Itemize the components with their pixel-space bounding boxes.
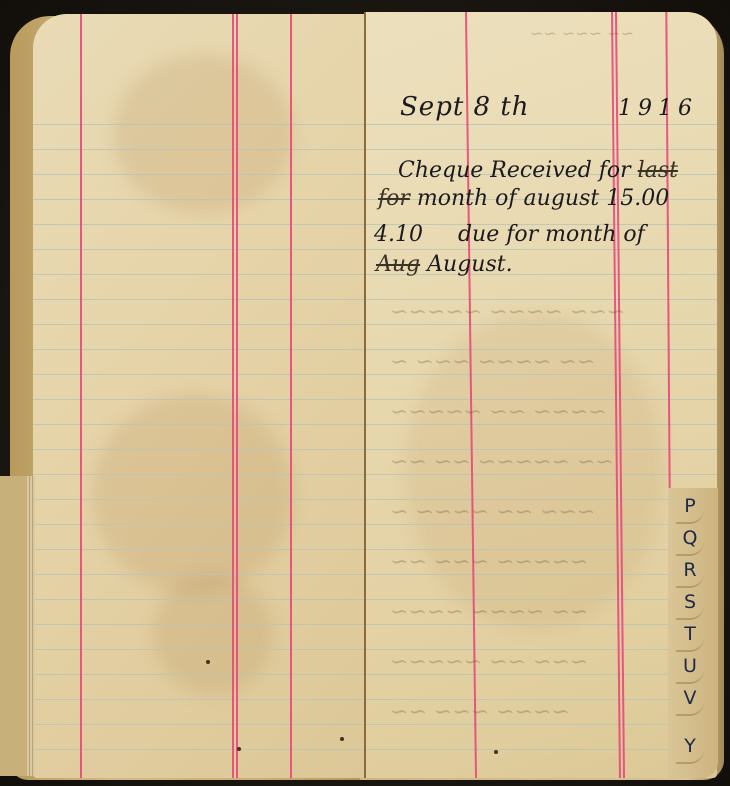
margin-line (80, 14, 82, 778)
rule-line (365, 249, 717, 250)
index-tab-r[interactable]: R (676, 554, 704, 588)
rule-line (33, 324, 365, 325)
rule-line (33, 524, 365, 525)
index-tab-p[interactable]: P (676, 490, 704, 524)
bleed-through-text: ~~ ~~~~ ~~~~ (390, 600, 588, 625)
rule-line (365, 749, 717, 750)
bleed-through-text: ~~~ ~~ ~~~~ ~ (390, 500, 595, 525)
ink-speck (340, 737, 344, 741)
amount-due: 4.10 (374, 222, 423, 247)
struck-word: Aug (376, 252, 420, 277)
water-stain (113, 54, 293, 214)
index-tab-v[interactable]: V (676, 682, 704, 716)
struck-word: for (378, 186, 410, 211)
rule-line (33, 399, 365, 400)
index-tab-y[interactable]: Y (676, 730, 704, 764)
margin-line (290, 14, 292, 778)
rule-line (365, 149, 717, 150)
ink-speck (206, 660, 210, 664)
bleed-through-text: ~~ ~~~~~ ~~ ~~ (390, 450, 614, 475)
left-page-edges (27, 476, 35, 776)
rule-line (33, 149, 365, 150)
water-stain (153, 574, 273, 694)
rule-line (33, 499, 365, 500)
rule-line (33, 599, 365, 600)
bleed-through-text: ~~~ ~~~~ ~~~~~ (390, 300, 625, 325)
rule-line (33, 199, 365, 200)
rule-line (33, 699, 365, 700)
entry-line-3: 4.10 due for month of (374, 222, 645, 247)
rule-line (33, 424, 365, 425)
index-tab-q[interactable]: Q (676, 522, 704, 556)
amount-received: 15.00 (606, 186, 669, 211)
ink-speck (494, 750, 498, 754)
rule-line (33, 449, 365, 450)
rule-line (33, 649, 365, 650)
left-page (33, 14, 365, 778)
ink-speck (237, 747, 241, 751)
rule-line (33, 274, 365, 275)
rule-line (33, 224, 365, 225)
bleed-through-text: ~~ ~~~~ ~~~ ~ (390, 350, 595, 375)
rule-line (33, 349, 365, 350)
rule-line (33, 474, 365, 475)
rule-line (33, 749, 365, 750)
rule-line (33, 624, 365, 625)
entry-line-1-text: Cheque Received for (398, 158, 638, 183)
rule-line (33, 574, 365, 575)
entry-line-2: for month of august 15.00 (378, 186, 669, 211)
bleed-through-text: ~~~~~ ~~~ ~~ (390, 550, 588, 575)
rule-line (33, 249, 365, 250)
margin-line (236, 14, 238, 778)
index-tab-u[interactable]: U (676, 650, 704, 684)
bleed-through-text: ~~~~ ~~~ ~~ (390, 700, 570, 725)
rule-line (365, 124, 717, 125)
rule-line (33, 674, 365, 675)
rule-line (33, 174, 365, 175)
margin-line (232, 14, 234, 778)
entry-line-1: Cheque Received for last (398, 158, 678, 183)
index-tab-s[interactable]: S (676, 586, 704, 620)
bleed-through-text: ~~ ~~~ ~~ (530, 24, 634, 43)
spine-gutter (364, 12, 366, 778)
entry-line-4: Aug August. (376, 252, 513, 277)
entry-year: 1916 (618, 96, 698, 121)
bleed-through-text: ~~~ ~~ ~~~~~ (390, 650, 588, 675)
entry-date: Sept 8 th (400, 92, 530, 122)
index-tab-t[interactable]: T (676, 618, 704, 652)
rule-line (33, 374, 365, 375)
rule-line (33, 124, 365, 125)
left-page-step-edge (0, 476, 27, 776)
rule-line (33, 724, 365, 725)
rule-line (33, 299, 365, 300)
bleed-through-text: ~~~~ ~~ ~~~~~ (390, 400, 607, 425)
struck-word: last (638, 158, 678, 183)
rule-line (33, 549, 365, 550)
